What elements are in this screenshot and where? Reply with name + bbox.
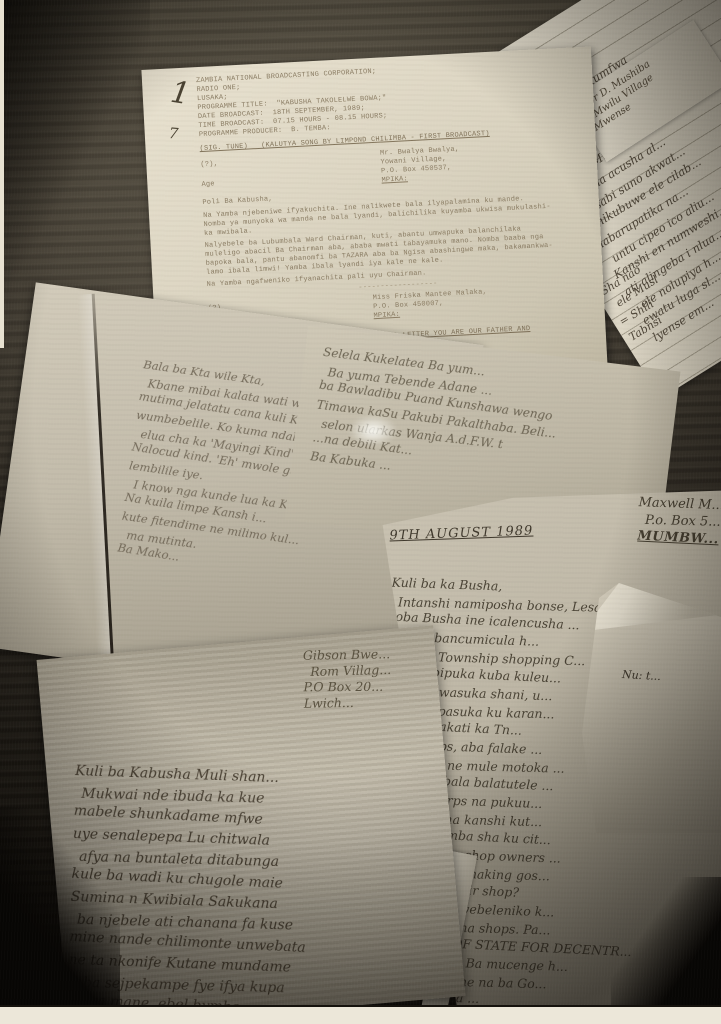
photo-border-left [0,0,4,348]
handwritten-letter-gibson: Gibson Bwe...Rom Villag...P.O Box 20...L… [37,625,466,1024]
text-line: P.O Box 20... [304,679,392,695]
ref-label: (?), [200,160,218,170]
photo-border-bottom [0,1005,721,1024]
age-label: Age [201,180,215,190]
text-line: Gibson Bwe... [303,646,391,664]
shadow-corner-top-left [0,0,150,300]
margin-mark: 7 [168,124,179,143]
margin-mark: 1 [168,75,192,113]
letter-date: 9TH AUGUST 1989 [389,524,533,544]
letter-body-handwriting: Kuli ba Kabusha Muli shan...Mukwai nde i… [67,761,436,1024]
text-line: Lwich... [304,694,392,712]
recipient-address: Mr. Bwalya Bwalya,Yowani Village,P.O. Bo… [380,145,461,185]
flash-glare [338,408,408,453]
folded-envelope: Nu: t... [582,583,721,833]
sender-address: Gibson Bwe...Rom Villag...P.O Box 20...L… [303,646,392,712]
text-line: MUMBW... [637,528,721,550]
text-line: Rom Villag... [310,662,391,680]
fold-crease [92,294,114,662]
envelope-note: Nu: t... [622,668,661,683]
photograph-letters-on-table: KabushaShem tsacu kumfwaKuno mwesu Ku th… [0,0,721,1024]
sender-address: Maxwell M...P.o. Box 5...MUMBW... [637,494,721,548]
